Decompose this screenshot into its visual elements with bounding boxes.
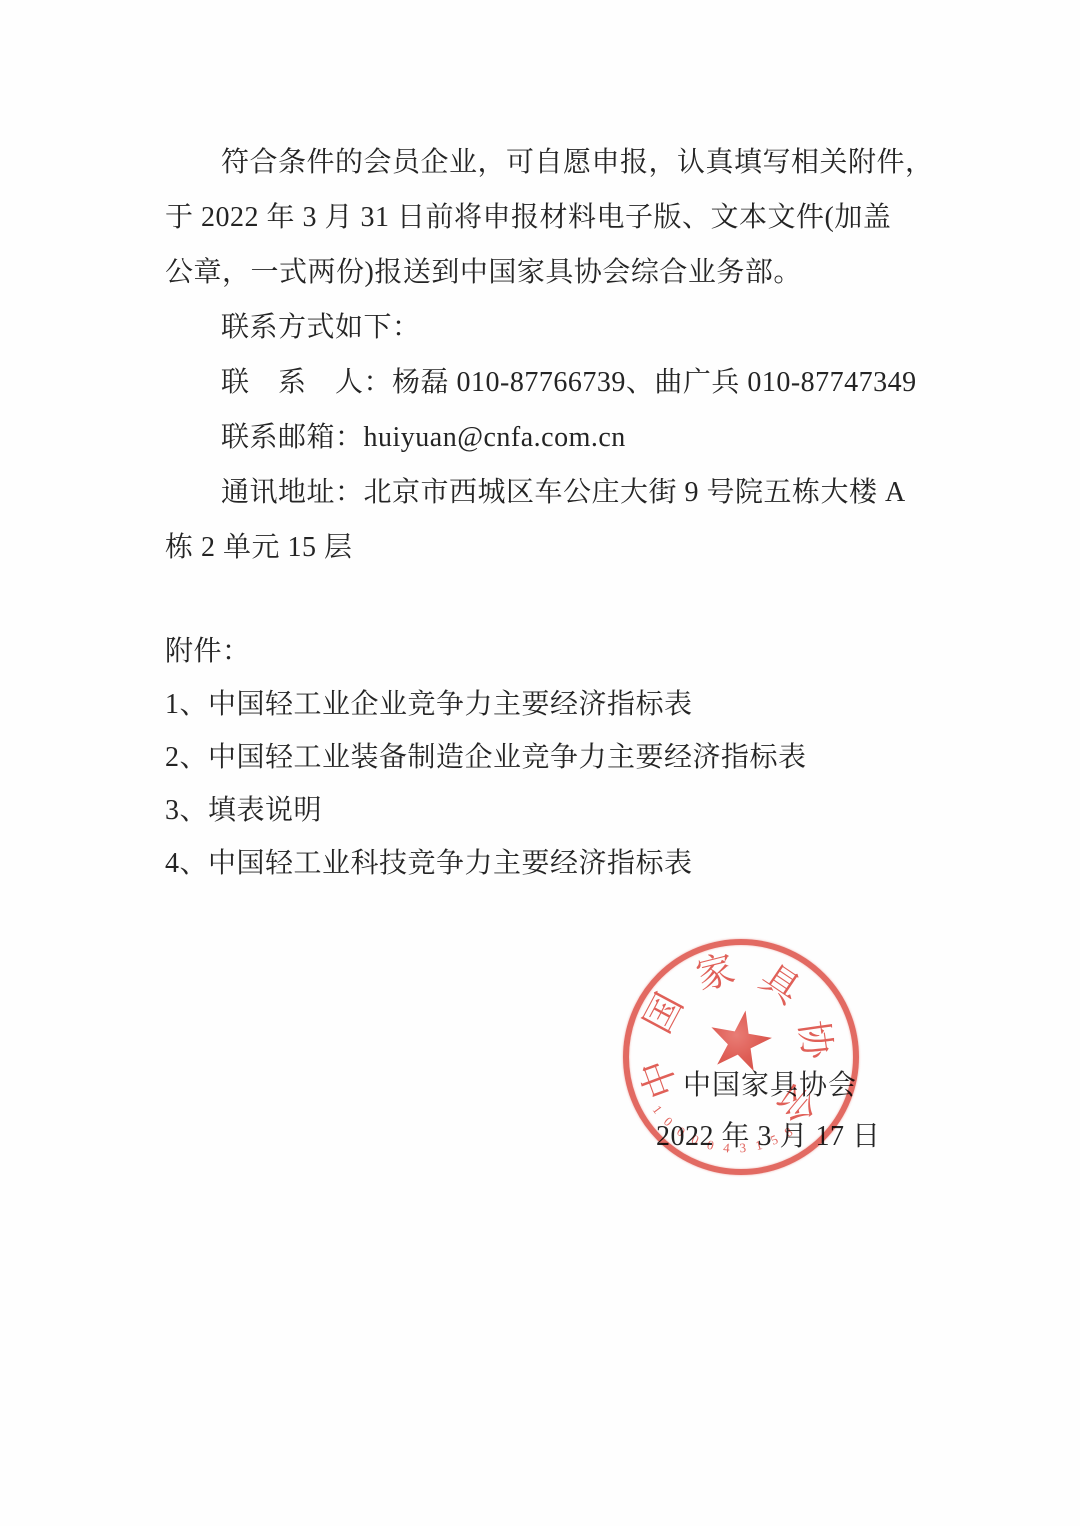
seal-arc-char: 国 xyxy=(639,988,690,1039)
seal-arc-char: 家 xyxy=(693,950,739,996)
seal-arc-char: 协 xyxy=(793,1018,836,1061)
attachments-heading: 附件： xyxy=(165,625,935,678)
seal-arc-char: 具 xyxy=(753,958,806,1011)
seal-serial-digit: 1 xyxy=(650,1103,664,1116)
attachments-section: 附件： 1、中国轻工业企业竞争力主要经济指标表 2、中国轻工业装备制造企业竞争力… xyxy=(165,625,935,890)
contact-email-line: 联系邮箱：huiyuan@cnfa.com.cn xyxy=(165,410,935,465)
document-page: 符合条件的会员企业，可自愿申报，认真填写相关附件， 于 2022 年 3 月 3… xyxy=(0,0,1080,1526)
star-icon xyxy=(703,1005,777,1079)
contact-intro-line: 联系方式如下： xyxy=(165,300,935,355)
seal-arc-char: 中 xyxy=(635,1054,684,1103)
contact-address-line: 通讯地址：北京市西城区车公庄大街 9 号院五栋大楼 A xyxy=(165,465,935,520)
attachment-item: 2、中国轻工业装备制造企业竞争力主要经济指标表 xyxy=(165,731,935,784)
signature-org-name: 中国家具协会 xyxy=(683,1071,857,1102)
signature-date: 2022 年 3 月 17 日 xyxy=(656,1122,881,1153)
paragraph-line: 于 2022 年 3 月 31 日前将申报材料电子版、文本文件(加盖 xyxy=(165,190,935,245)
contact-address-line-2: 栋 2 单元 15 层 xyxy=(165,520,935,575)
body-paragraphs: 符合条件的会员企业，可自愿申报，认真填写相关附件， 于 2022 年 3 月 3… xyxy=(165,135,935,575)
paragraph-line: 符合条件的会员企业，可自愿申报，认真填写相关附件， xyxy=(165,135,935,190)
contact-person-line: 联 系 人：杨磊 010-87766739、曲广兵 010-87747349 xyxy=(165,355,935,410)
attachment-item: 3、填表说明 xyxy=(165,784,935,837)
paragraph-line: 公章，一式两份)报送到中国家具协会综合业务部。 xyxy=(165,245,935,300)
attachment-item: 4、中国轻工业科技竞争力主要经济指标表 xyxy=(165,837,935,890)
attachment-item: 1、中国轻工业企业竞争力主要经济指标表 xyxy=(165,678,935,731)
